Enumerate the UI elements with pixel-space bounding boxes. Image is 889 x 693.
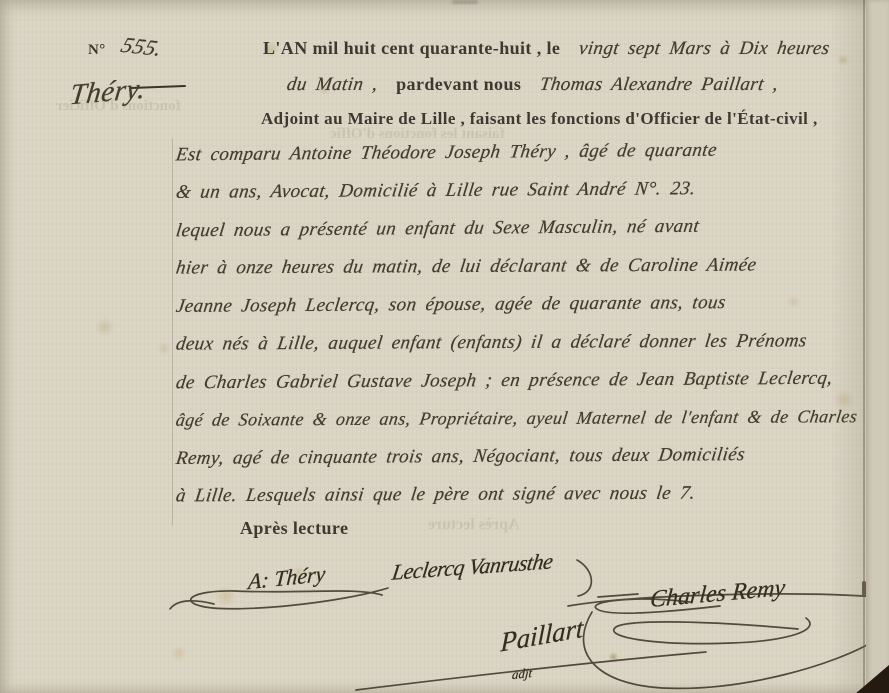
closing-formula: Après lecture xyxy=(240,518,348,539)
handwritten-text: Est comparu Antoine Théodore Joseph Thér… xyxy=(175,140,719,167)
paper-stain xyxy=(170,646,188,661)
act-line: hier à onze heures du matin, de lui décl… xyxy=(176,254,757,279)
margin-rule-line xyxy=(172,138,173,526)
act-line: lequel nous a présenté un enfant du Sexe… xyxy=(176,216,699,243)
paper-stain xyxy=(786,296,801,308)
register-page-scan: fonctions d'Officier faisant les fonctio… xyxy=(0,0,889,693)
act-line: Est comparu Antoine Théodore Joseph Thér… xyxy=(176,140,717,167)
act-line: Jeanne Joseph Leclercq, son épouse, agée… xyxy=(176,292,726,318)
handwritten-text: de Charles Gabriel Gustave Joseph ; en p… xyxy=(175,368,834,395)
act-line: Remy, agé de cinquante trois ans, Négoci… xyxy=(176,444,745,470)
adjacent-page-edge xyxy=(866,0,889,693)
handwritten-text: deux nés à Lille, auquel enfant (enfants… xyxy=(175,330,809,355)
printed-text: L'AN mil huit cent quarante-huit , le xyxy=(263,38,560,59)
signature-leclercq: Leclercq Vanrusthe xyxy=(390,548,554,586)
signature-paillart: Paillart xyxy=(500,612,584,658)
top-edge-smudge xyxy=(452,0,478,4)
handwritten-text: âgé de Soixante & onze ans, Propriétaire… xyxy=(175,406,859,431)
act-number-value: 555. xyxy=(118,32,167,61)
signature-remy: Charles Remy xyxy=(649,575,786,614)
act-line: de Charles Gabriel Gustave Joseph ; en p… xyxy=(176,368,833,395)
handwritten-text: lequel nous a présenté un enfant du Sexe… xyxy=(175,216,701,243)
paper-stain xyxy=(156,342,172,355)
act-line: à Lille. Lesquels ainsi que le père ont … xyxy=(176,483,695,508)
act-line: deux nés à Lille, auquel enfant (enfants… xyxy=(176,330,807,355)
paper-stain xyxy=(214,586,238,606)
handwritten-text: hier à onze heures du matin, de lui décl… xyxy=(175,254,758,279)
act-line: du Matin , pardevant nous Thomas Alexand… xyxy=(287,74,778,96)
act-number-label: N° xyxy=(88,42,106,59)
handwritten-text: Thomas Alexandre Paillart , xyxy=(538,74,779,96)
margin-surname: Théry. xyxy=(68,72,148,112)
bleedthrough-text: Après lecture xyxy=(428,516,520,534)
page-edge-mark xyxy=(862,581,866,596)
handwritten-text: vingt sept Mars à Dix heures xyxy=(577,38,831,60)
paper-stain xyxy=(94,318,116,336)
printed-text: Adjoint au Maire de Lille , faisant les … xyxy=(261,109,818,129)
act-line: Adjoint au Maire de Lille , faisant les … xyxy=(261,109,818,129)
handwritten-text: à Lille. Lesquels ainsi que le père ont … xyxy=(175,483,697,508)
handwritten-text: & un ans, Avocat, Domicilié à Lille rue … xyxy=(175,178,697,204)
printed-text: pardevant nous xyxy=(396,74,521,95)
handwritten-text: du Matin , xyxy=(285,74,379,96)
signature-thery: A: Théry xyxy=(247,561,326,595)
act-line: & un ans, Avocat, Domicilié à Lille rue … xyxy=(176,178,696,204)
paper-stain xyxy=(608,652,619,662)
signature-paillart-role: adjt xyxy=(511,665,532,683)
handwritten-text: Jeanne Joseph Leclercq, son épouse, agée… xyxy=(175,292,728,318)
act-line: L'AN mil huit cent quarante-huit , le vi… xyxy=(263,38,829,60)
handwritten-text: Remy, agé de cinquante trois ans, Négoci… xyxy=(175,444,747,470)
act-line: âgé de Soixante & onze ans, Propriétaire… xyxy=(176,406,857,431)
